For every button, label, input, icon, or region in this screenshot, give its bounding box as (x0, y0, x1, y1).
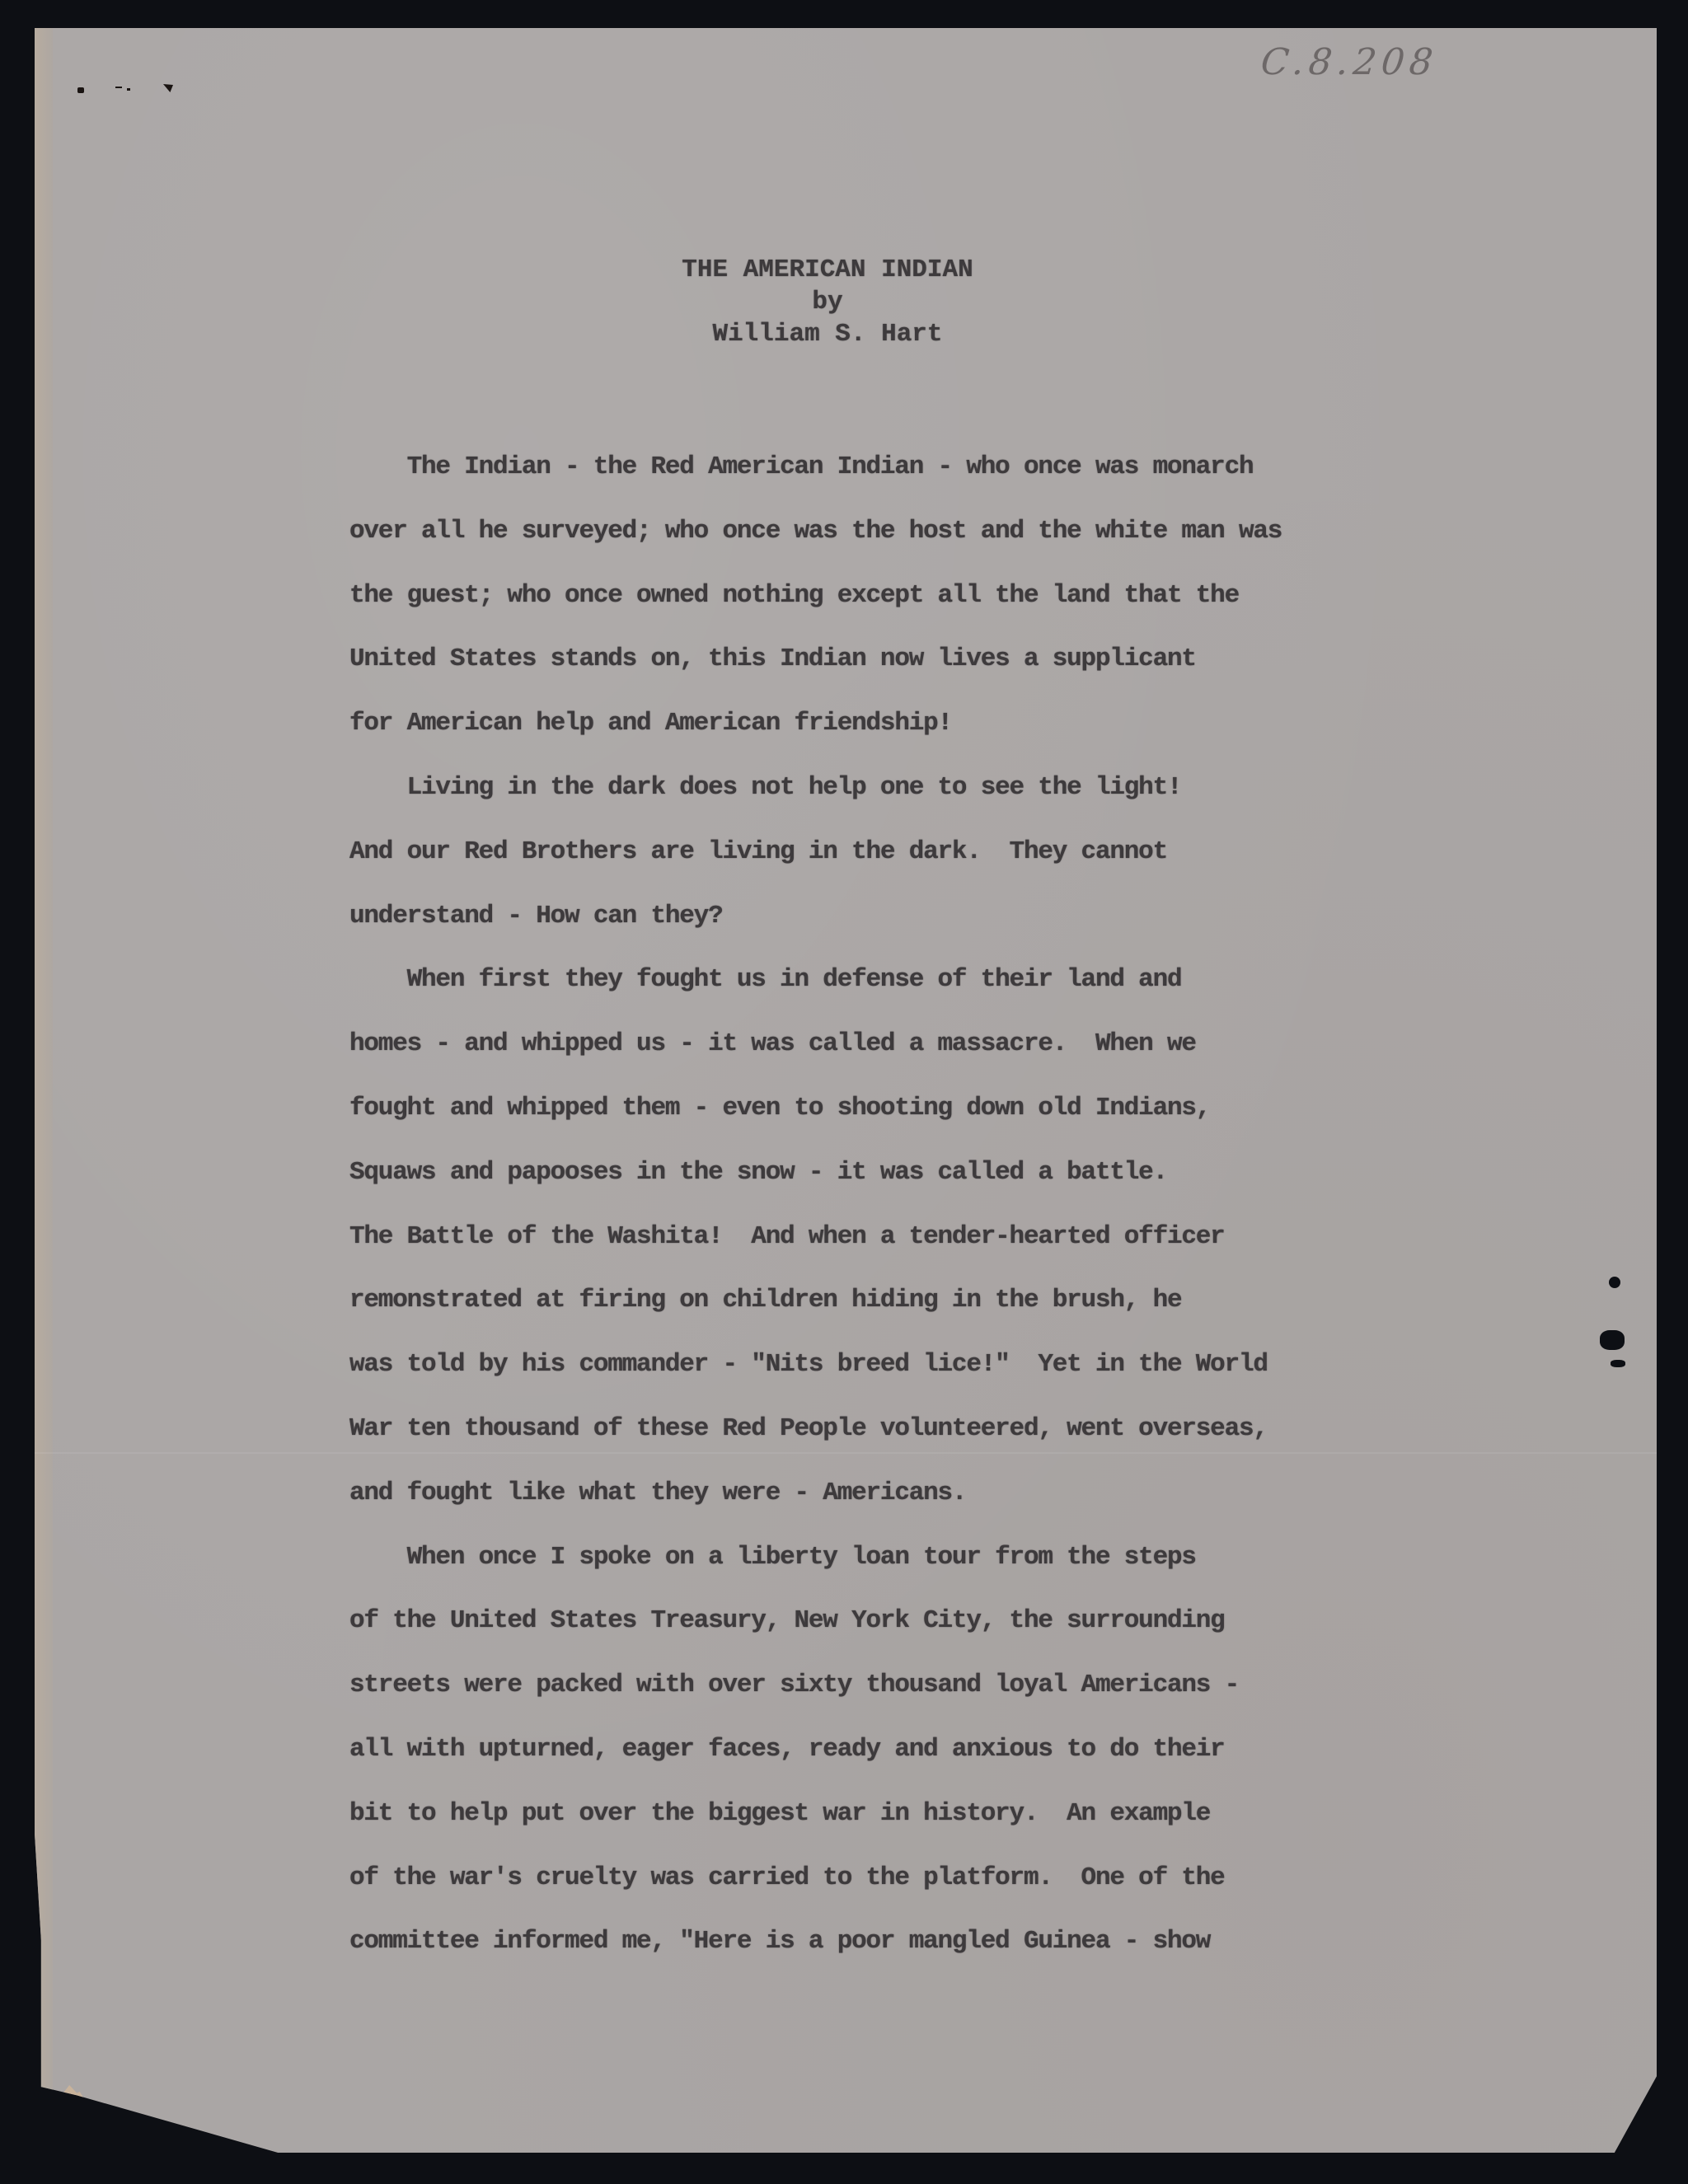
text-line: homes - and whipped us - it was called a… (349, 1020, 1470, 1085)
text-line: remonstrated at firing on children hidin… (349, 1277, 1470, 1341)
text-line: for American help and American friendshi… (349, 700, 1470, 764)
text-line: the guest; who once owned nothing except… (349, 572, 1470, 636)
text-line: of the war's cruelty was carried to the … (349, 1854, 1470, 1919)
text-line: United States stands on, this Indian now… (349, 635, 1470, 700)
paper-hole (1600, 1330, 1625, 1350)
text-line: committee informed me, "Here is a poor m… (349, 1918, 1470, 1982)
paper-hole (1611, 1360, 1625, 1367)
text-line: all with upturned, eager faces, ready an… (349, 1726, 1470, 1790)
text-line: War ten thousand of these Red People vol… (349, 1405, 1470, 1469)
text-line: of the United States Treasury, New York … (349, 1597, 1470, 1661)
handwritten-catalog-number: C.8.208 (1259, 41, 1439, 83)
paragraph: When once I spoke on a liberty loan tour… (349, 1534, 1470, 1983)
text-line: fought and whipped them - even to shooti… (349, 1085, 1470, 1149)
title-block: THE AMERICAN INDIAN by William S. Hart (0, 254, 1688, 350)
paragraph: When first they fought us in defense of … (349, 956, 1470, 1533)
text-line: was told by his commander - "Nits breed … (349, 1341, 1470, 1405)
folded-corner (41, 2085, 115, 2151)
text-line: understand - How can they? (349, 893, 1470, 957)
paragraph: Living in the dark does not help one to … (349, 764, 1470, 956)
text-line: Squaws and papooses in the snow - it was… (349, 1149, 1470, 1213)
paragraph: The Indian - the Red American Indian - w… (349, 443, 1470, 764)
byline: by (0, 286, 1672, 318)
document-title: THE AMERICAN INDIAN (0, 254, 1672, 286)
tear-mark (77, 84, 176, 94)
scanned-document: C.8.208 THE AMERICAN INDIAN by William S… (0, 0, 1688, 2184)
paper-hole (1609, 1277, 1620, 1288)
text-line: The Battle of the Washita! And when a te… (349, 1213, 1470, 1277)
text-line: And our Red Brothers are living in the d… (349, 828, 1470, 893)
text-line: and fought like what they were - America… (349, 1469, 1470, 1534)
body-text: The Indian - the Red American Indian - w… (349, 443, 1470, 1982)
text-line: bit to help put over the biggest war in … (349, 1790, 1470, 1854)
text-line: When first they fought us in defense of … (349, 956, 1470, 1020)
text-line: over all he surveyed; who once was the h… (349, 508, 1470, 572)
text-line: The Indian - the Red American Indian - w… (349, 443, 1470, 508)
author-name: William S. Hart (0, 318, 1672, 350)
text-line: Living in the dark does not help one to … (349, 764, 1470, 828)
text-line: When once I spoke on a liberty loan tour… (349, 1534, 1470, 1598)
text-line: streets were packed with over sixty thou… (349, 1661, 1470, 1726)
